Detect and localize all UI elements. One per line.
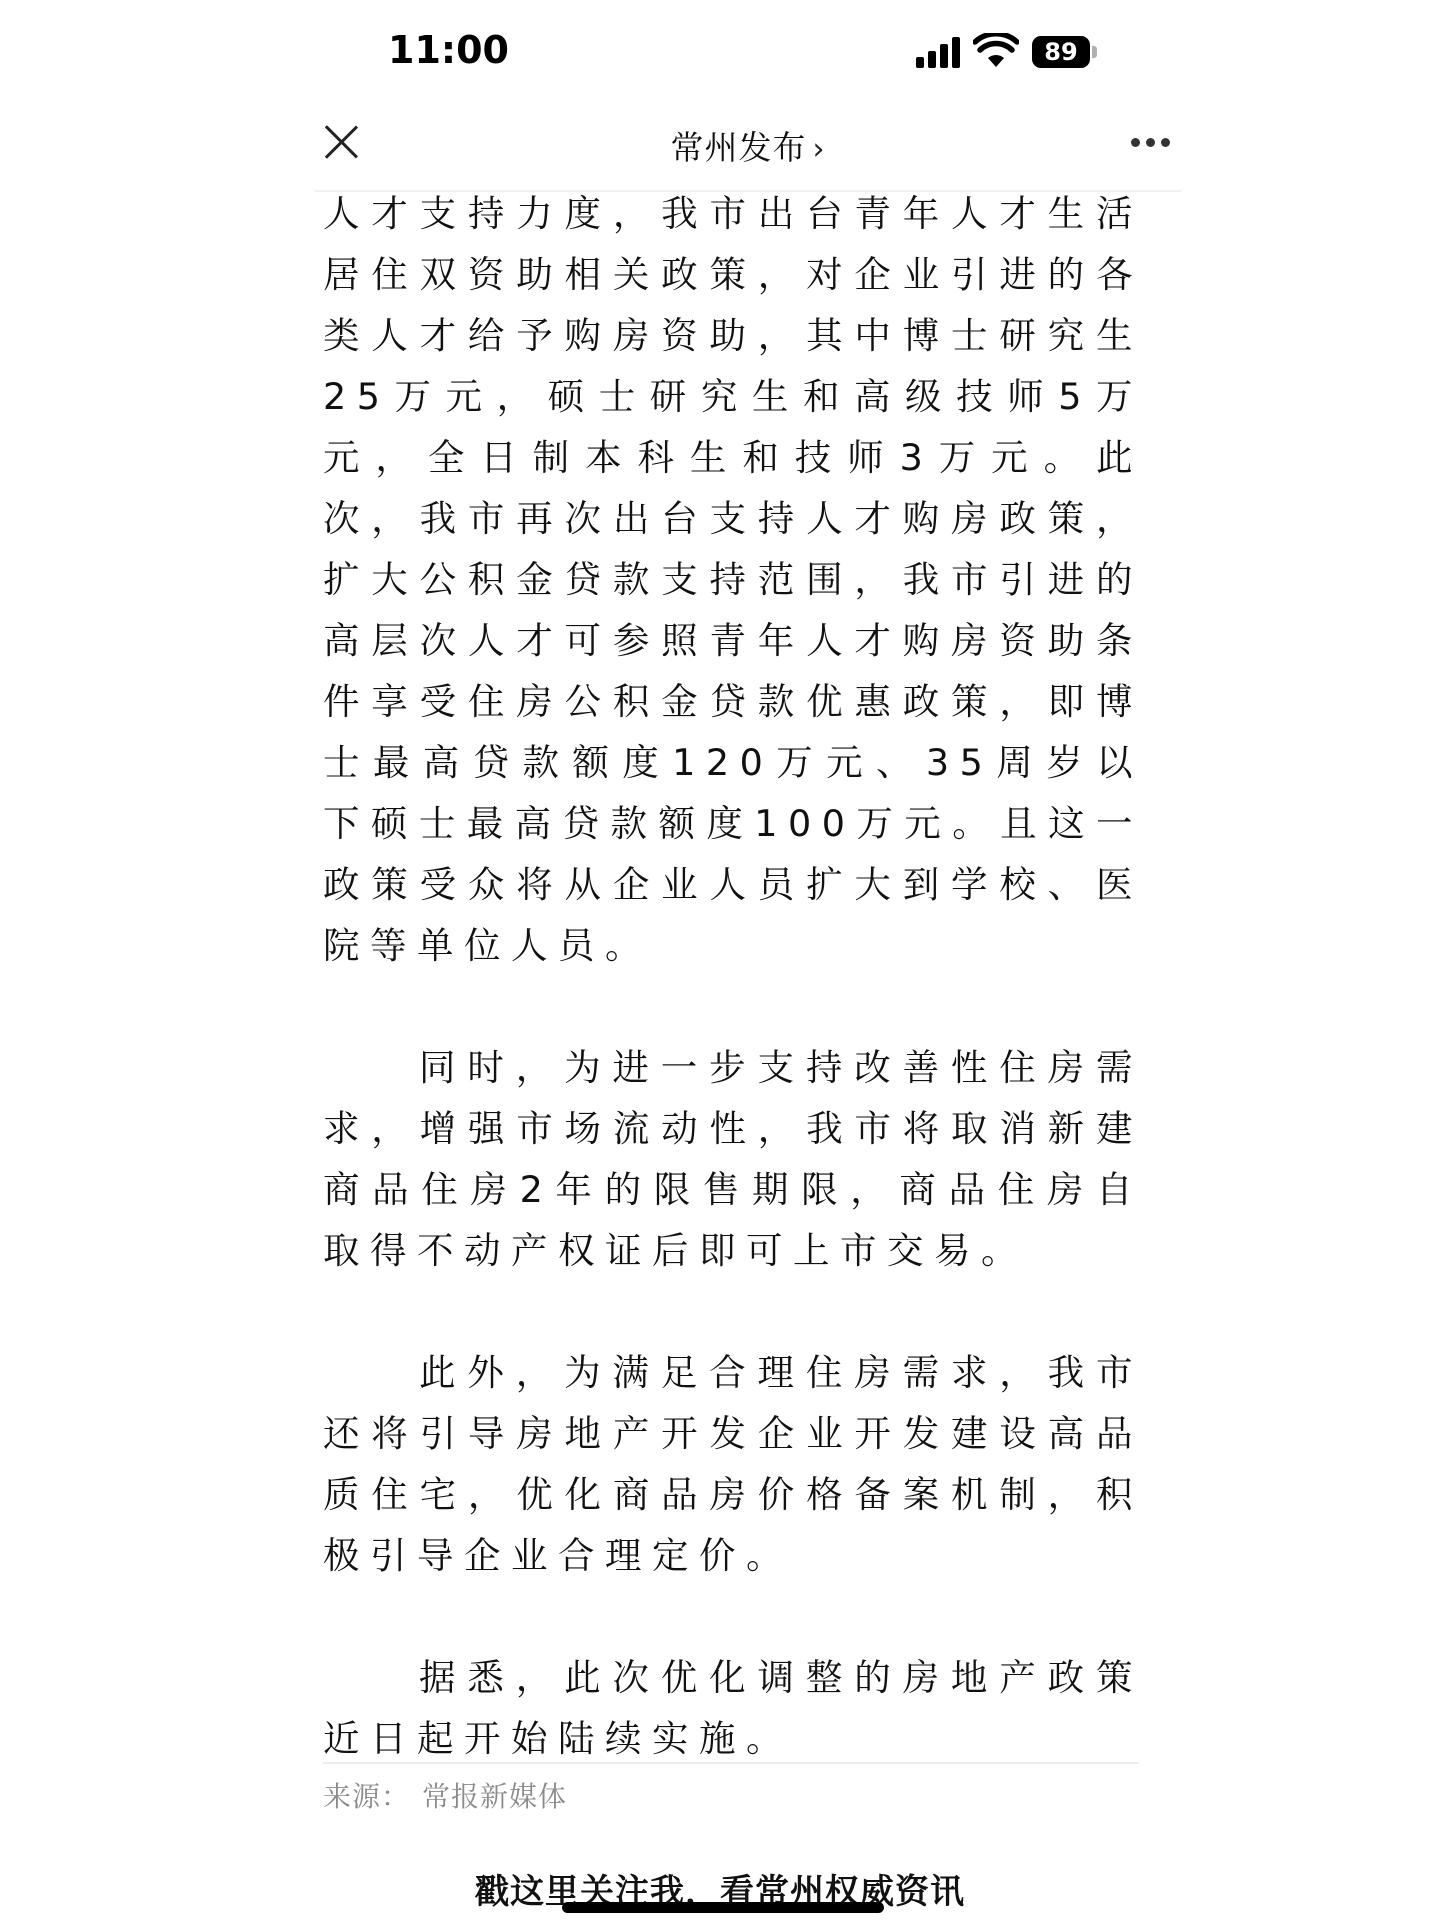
nav-bar: 常州发布› — [315, 100, 1181, 192]
wifi-icon — [973, 33, 1019, 69]
source-label: 来源： — [323, 1780, 410, 1813]
battery-tip — [1092, 46, 1097, 58]
article-source: 来源：常报新媒体 — [323, 1775, 567, 1815]
status-bar: 11:00 89 — [0, 0, 1440, 100]
battery-indicator: 89 — [1032, 36, 1090, 68]
article-paragraph: 同时，为进一步支持改善性住房需求，增强市场流动性，我市将取消新建商品住房2年的限… — [323, 1037, 1143, 1281]
home-indicator[interactable] — [562, 1902, 884, 1913]
status-time: 11:00 — [388, 28, 509, 72]
source-divider — [323, 1762, 1139, 1764]
article-paragraph: 据悉，此次优化调整的房地产政策近日起开始陆续实施。 — [323, 1647, 1143, 1769]
chevron-right-icon: › — [813, 132, 826, 167]
article-paragraph: 此外，为满足合理住房需求，我市还将引导房地产开发企业开发建设高品质住宅，优化商品… — [323, 1342, 1143, 1586]
article-body: 人才支持力度，我市出台青年人才生活居住双资助相关政策，对企业引进的各类人才给予购… — [323, 183, 1143, 1769]
cellular-signal-icon — [916, 36, 962, 68]
account-title-link[interactable]: 常州发布› — [315, 122, 1181, 169]
article-paragraph: 人才支持力度，我市出台青年人才生活居住双资助相关政策，对企业引进的各类人才给予购… — [323, 183, 1143, 976]
source-value: 常报新媒体 — [422, 1780, 567, 1813]
account-name: 常州发布 — [671, 128, 807, 167]
more-dots-icon[interactable] — [1131, 138, 1171, 148]
